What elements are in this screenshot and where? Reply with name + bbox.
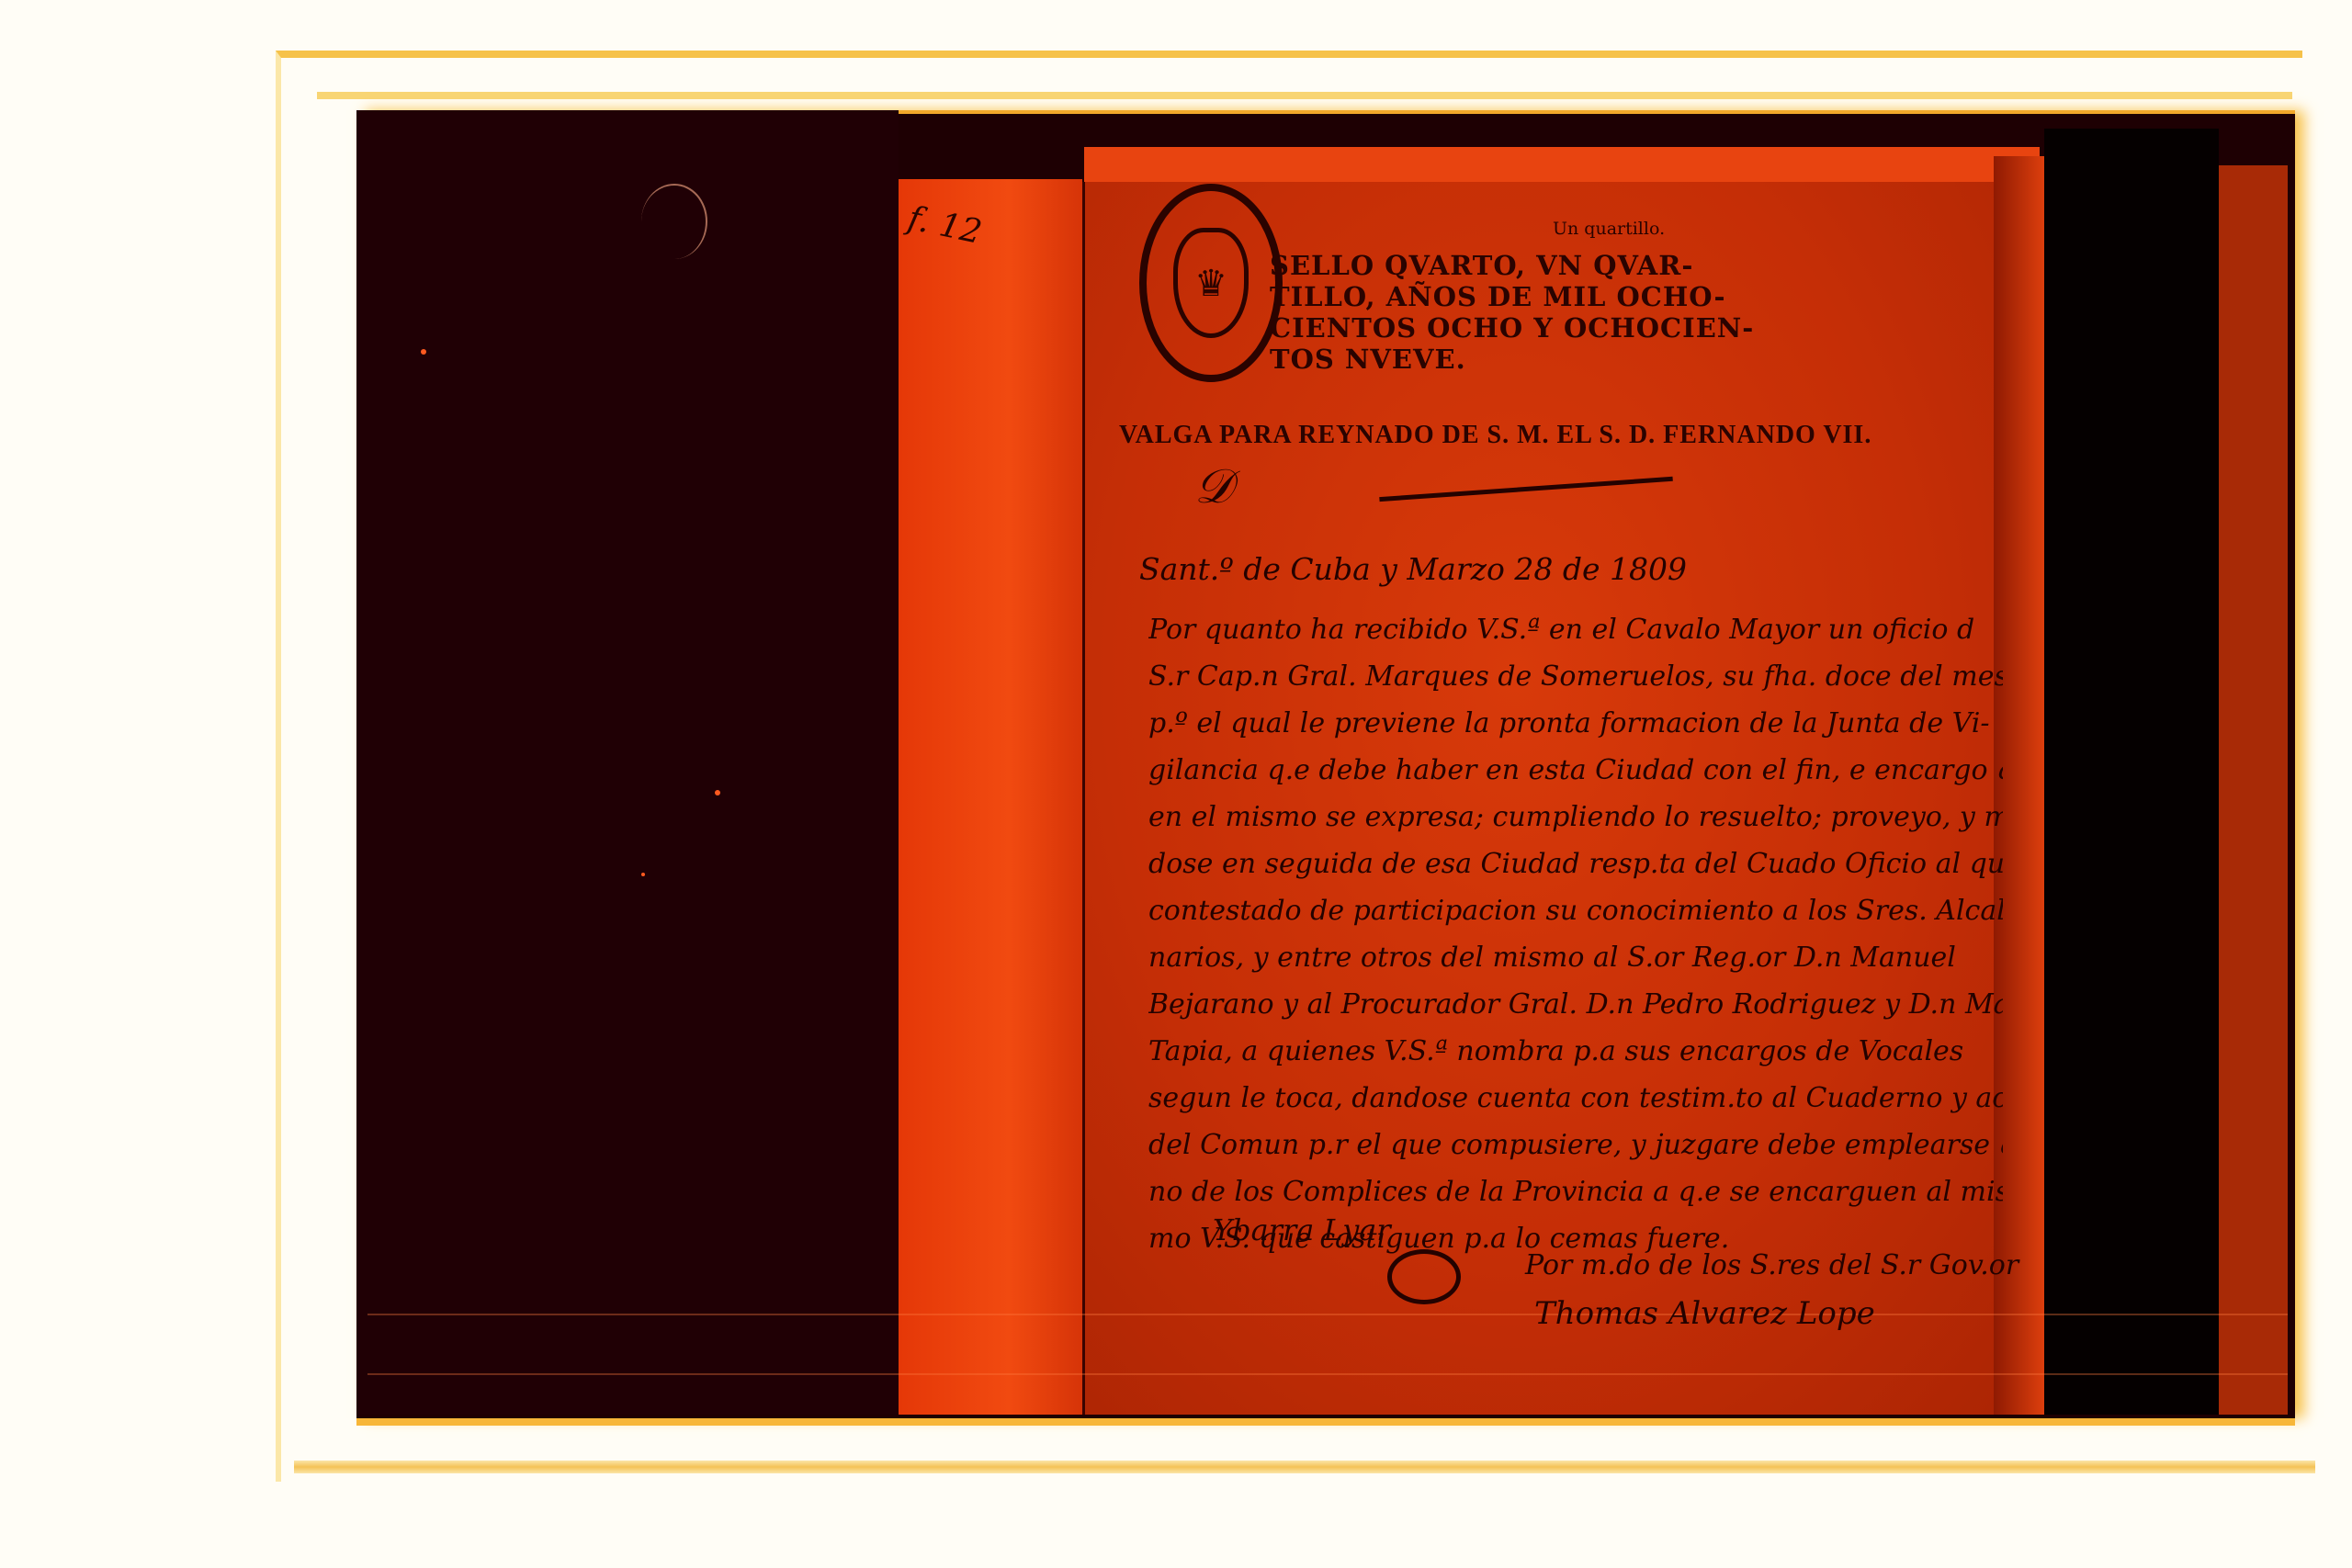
body-line: p.º el qual le previene la pronta formac… bbox=[1148, 700, 2003, 747]
body-line: S.r Cap.n Gral. Marques de Someruelos, s… bbox=[1148, 653, 2003, 700]
date-line: Sant.º de Cuba y Marzo 28 de 1809 bbox=[1139, 551, 1687, 587]
stamp-heading-line: SELLO QVARTO, VN QVAR- bbox=[1270, 250, 1894, 281]
body-line: Tapia, a quienes V.S.ª nombra p.a sus en… bbox=[1148, 1028, 2003, 1075]
scan-line bbox=[367, 1373, 2288, 1375]
body-line: narios, y entre otros del mismo al S.or … bbox=[1148, 934, 2003, 981]
body-line: no de los Complices de la Provincia a q.… bbox=[1148, 1168, 2003, 1215]
slide-inner-border bbox=[317, 92, 2292, 99]
dust-speck bbox=[641, 873, 645, 876]
dust-speck bbox=[715, 790, 720, 795]
body-line: gilancia q.e debe haber en esta Ciudad c… bbox=[1148, 747, 2003, 794]
stamp-denomination: Un quartillo. bbox=[1553, 219, 1665, 239]
validation-line: VALGA PARA REYNADO DE S. M. EL S. D. FER… bbox=[1119, 421, 1871, 450]
body-line: Bejarano y al Procurador Gral. D.n Pedro… bbox=[1148, 981, 2003, 1028]
dust-speck bbox=[421, 349, 426, 355]
stamp-heading-line: CIENTOS OCHO Y OCHOCIEN- bbox=[1270, 312, 1894, 344]
signature-right-attestation: Por m.do de los S.res del S.r Gov.or bbox=[1525, 1249, 2018, 1281]
document-body: Por quanto ha recibido V.S.ª en el Caval… bbox=[1148, 606, 2003, 1262]
signature-flourish bbox=[1387, 1249, 1461, 1304]
stamp-heading: SELLO QVARTO, VN QVAR- TILLO, AÑOS DE MI… bbox=[1270, 250, 1894, 375]
next-page-strip bbox=[2219, 165, 2288, 1415]
body-line: segun le toca, dandose cuenta con testim… bbox=[1148, 1075, 2003, 1122]
left-black-mask bbox=[356, 110, 899, 1415]
body-line: dose en seguida de esa Ciudad resp.ta de… bbox=[1148, 840, 2003, 887]
rubric-flourish: 𝒟 bbox=[1194, 459, 1233, 515]
scan-line bbox=[367, 1314, 2288, 1315]
body-line: contestado de participacion su conocimie… bbox=[1148, 887, 2003, 934]
adjacent-page-strip: f. 12 bbox=[899, 179, 1082, 1415]
slide-bottom-border bbox=[294, 1461, 2315, 1473]
royal-seal: ♛ bbox=[1139, 184, 1283, 382]
stamp-heading-line: TOS NVEVE. bbox=[1270, 344, 1894, 375]
body-line: en el mismo se expresa; cumpliendo lo re… bbox=[1148, 794, 2003, 840]
body-line: Por quanto ha recibido V.S.ª en el Caval… bbox=[1148, 606, 2003, 653]
page-top-edge bbox=[1084, 147, 2040, 184]
margin-note: f. 12 bbox=[905, 199, 986, 252]
signature-right-name: Thomas Alvarez Lope bbox=[1534, 1295, 1875, 1332]
signature-left: Ybarra Lyar bbox=[1213, 1213, 1391, 1247]
right-black-mask bbox=[2044, 129, 2219, 1415]
stamp-heading-line: TILLO, AÑOS DE MIL OCHO- bbox=[1270, 281, 1894, 312]
royal-coat-of-arms-icon: ♛ bbox=[1173, 228, 1249, 338]
body-line: del Comun p.r el que compusiere, y juzga… bbox=[1148, 1122, 2003, 1168]
film-scratch bbox=[641, 184, 707, 259]
